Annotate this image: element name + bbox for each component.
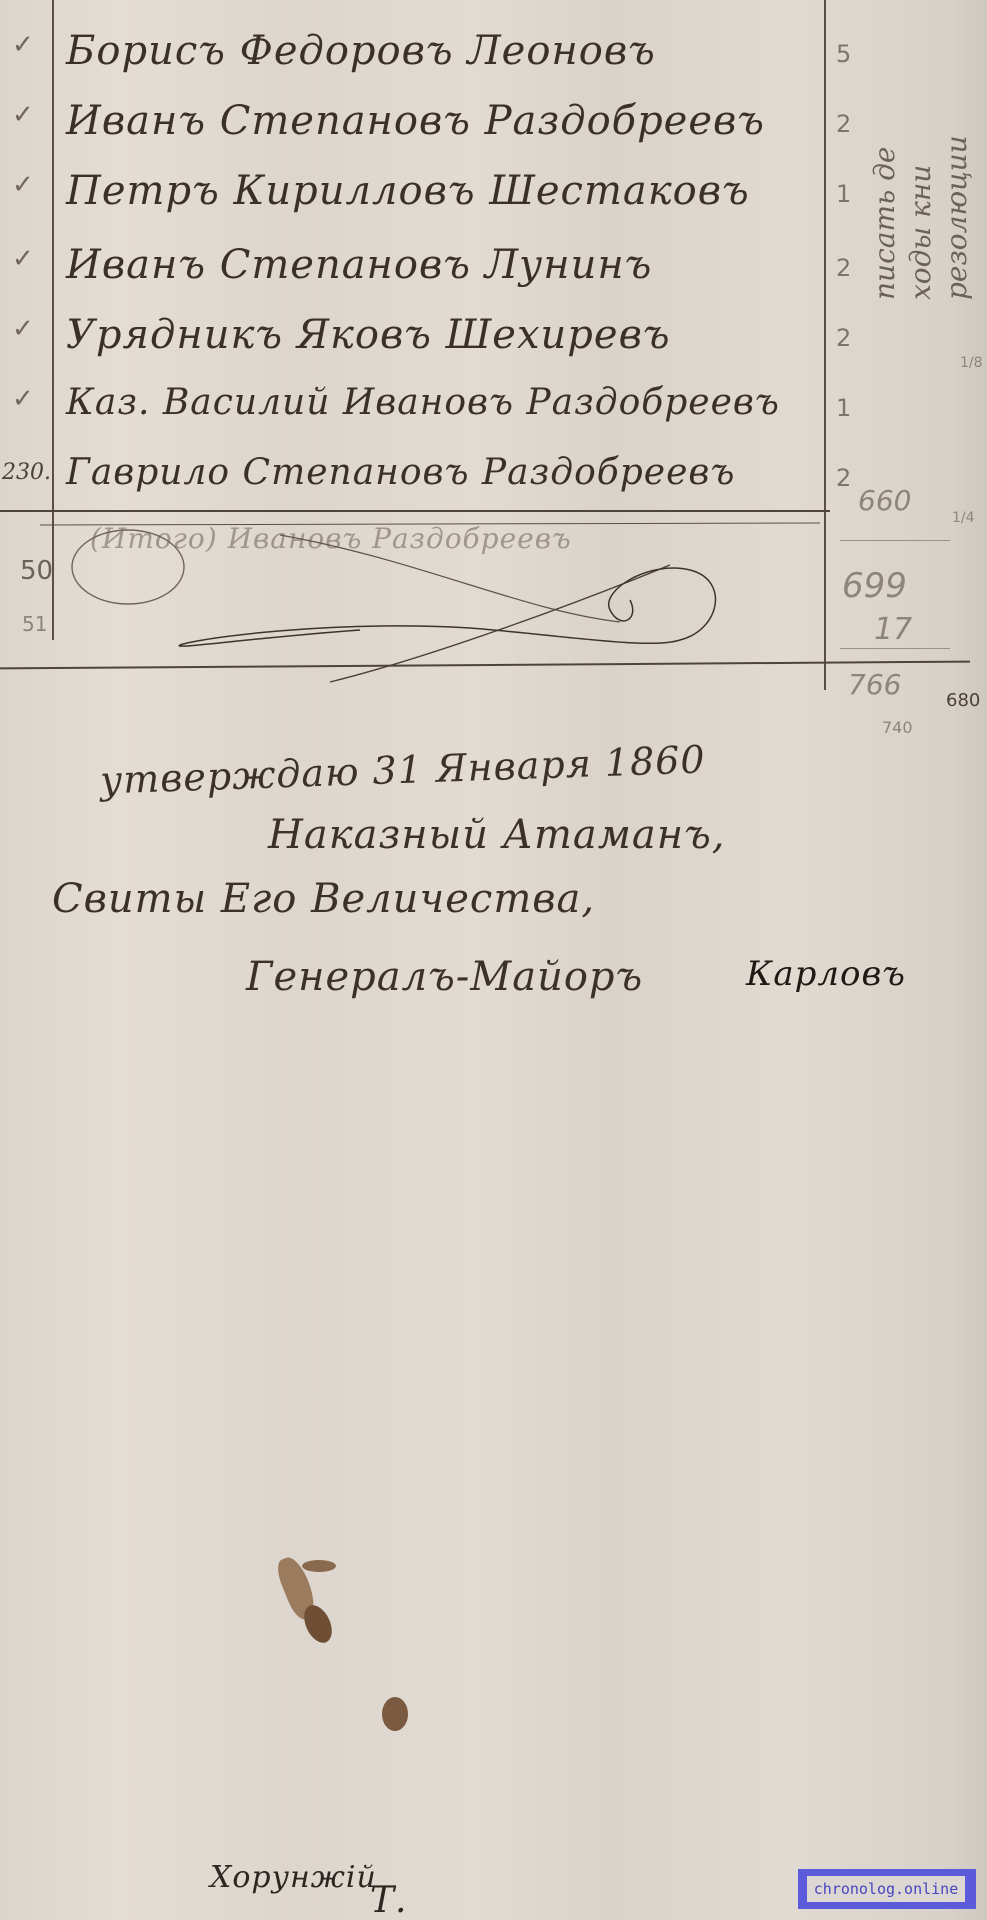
total-660: 660 — [858, 484, 911, 517]
side-note: 740 — [882, 718, 913, 737]
side-note: 680 — [946, 690, 980, 711]
approval-line: утверждаю 31 Января 1860 — [99, 737, 706, 802]
approval-title: Наказный Атаманъ, — [268, 812, 726, 858]
watermark-badge: chronolog.online — [798, 1869, 976, 1909]
cancel-flourish — [0, 0, 987, 700]
vertical-note: писать де — [868, 147, 901, 300]
signature: Карловъ — [746, 954, 906, 994]
approval-rank: Генералъ-Майоръ — [246, 954, 643, 1000]
total-699: 699 — [842, 566, 907, 606]
document-page: ✓ Борисъ Федоровъ Леоновъ 5 ✓ Иванъ Степ… — [0, 0, 987, 1920]
side-note: 1/8 — [960, 355, 983, 371]
footer-initial: Т. — [370, 1880, 407, 1920]
total-766: 766 — [848, 668, 901, 701]
vertical-note: резолюции — [940, 135, 973, 300]
total-17: 17 — [874, 612, 912, 647]
ink-stain — [382, 1697, 408, 1731]
footer-rank: Хорунжій — [210, 1860, 377, 1895]
vertical-note: ходы кни — [904, 165, 937, 300]
ink-stain — [302, 1560, 336, 1572]
approval-retinue: Свиты Его Величества, — [52, 876, 595, 922]
watermark-text: chronolog.online — [807, 1876, 965, 1902]
side-note: 1/4 — [952, 510, 975, 526]
